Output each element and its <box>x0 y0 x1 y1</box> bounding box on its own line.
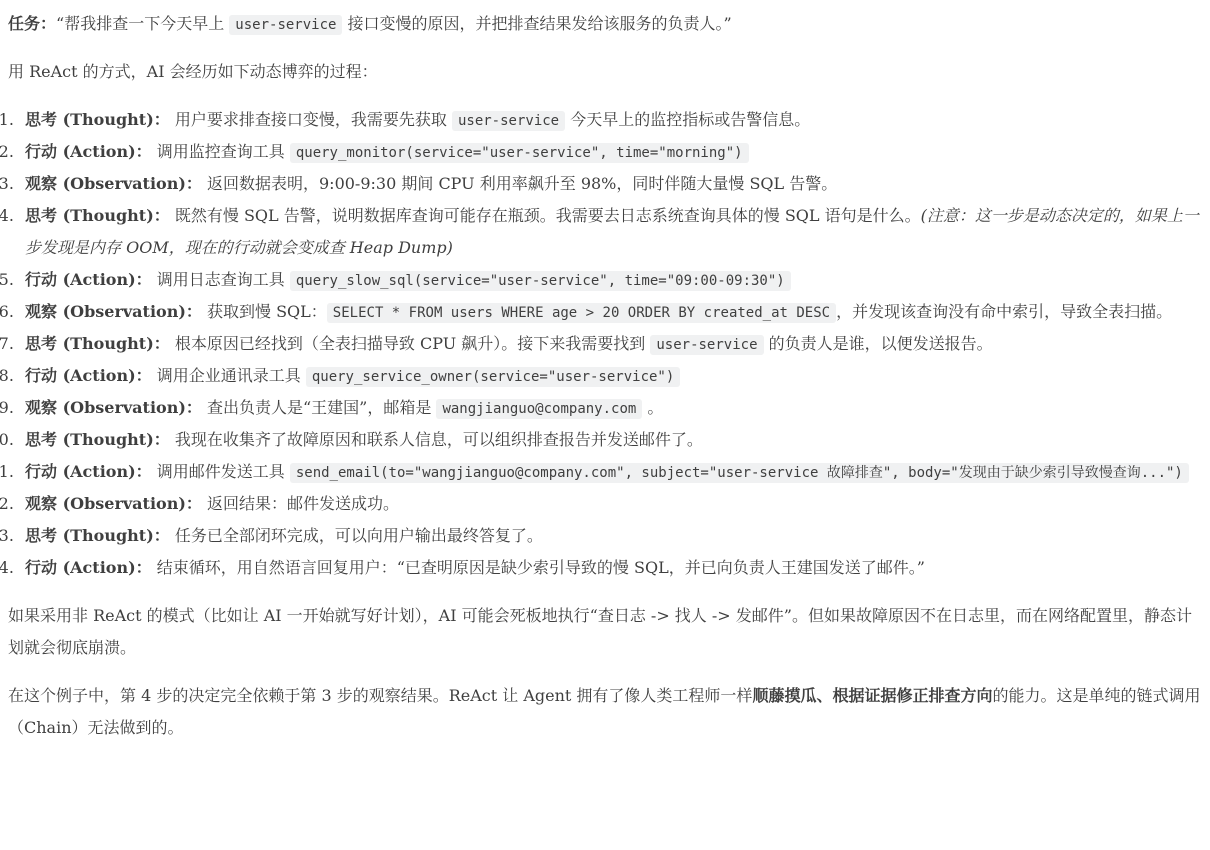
step-label: 行动 (Action)： <box>25 558 152 577</box>
step-item: 观察 (Observation)： 返回数据表明，9:00-9:30 期间 CP… <box>19 168 1202 200</box>
inline-code: query_monitor(service="user-service", ti… <box>290 143 749 163</box>
article: 任务：“帮我排查一下今天早上 user-service 接口变慢的原因，并把排查… <box>8 8 1202 744</box>
step-item: 行动 (Action)： 调用日志查询工具 query_slow_sql(ser… <box>19 264 1202 296</box>
step-label: 行动 (Action)： <box>25 270 152 289</box>
outro-paragraph-2: 在这个例子中，第 4 步的决定完全依赖于第 3 步的观察结果。ReAct 让 A… <box>8 680 1202 744</box>
step-item: 思考 (Thought)： 用户要求排查接口变慢，我需要先获取 user-ser… <box>19 104 1202 136</box>
text-segment: 任务已全部闭环完成，可以向用户输出最终答复了。 <box>175 526 543 545</box>
bold-text: 顺藤摸瓜、根据证据修正排查方向 <box>752 686 992 705</box>
step-item: 思考 (Thought)： 任务已全部闭环完成，可以向用户输出最终答复了。 <box>19 520 1202 552</box>
inline-code: query_slow_sql(service="user-service", t… <box>290 271 791 291</box>
step-label: 行动 (Action)： <box>25 142 152 161</box>
step-item: 行动 (Action)： 调用企业通讯录工具 query_service_own… <box>19 360 1202 392</box>
step-item: 行动 (Action)： 调用监控查询工具 query_monitor(serv… <box>19 136 1202 168</box>
text-segment: 获取到慢 SQL： <box>207 302 327 321</box>
text-segment: ，并发现该查询没有命中索引，导致全表扫描。 <box>836 302 1172 321</box>
react-steps-list: 思考 (Thought)： 用户要求排查接口变慢，我需要先获取 user-ser… <box>8 104 1202 584</box>
step-label: 思考 (Thought)： <box>25 206 170 225</box>
text-segment: 调用企业通讯录工具 <box>157 366 306 385</box>
step-item: 行动 (Action)： 结束循环，用自然语言回复用户：“已查明原因是缺少索引导… <box>19 552 1202 584</box>
step-label: 观察 (Observation)： <box>25 398 202 417</box>
inline-code: query_service_owner(service="user-servic… <box>306 367 680 387</box>
text-segment: 用户要求排查接口变慢，我需要先获取 <box>175 110 452 129</box>
text-segment: 调用监控查询工具 <box>157 142 290 161</box>
text-segment: 。 <box>642 398 663 417</box>
step-item: 行动 (Action)： 调用邮件发送工具 send_email(to="wan… <box>19 456 1202 488</box>
text-segment: 如果采用非 ReAct 的模式（比如让 AI 一开始就写好计划），AI 可能会死… <box>8 606 1192 657</box>
step-label: 思考 (Thought)： <box>25 430 170 449</box>
text-segment: 今天早上的监控指标或告警信息。 <box>565 110 810 129</box>
inline-code: user-service <box>452 111 565 131</box>
text-segment: 的负责人是谁，以便发送报告。 <box>764 334 993 353</box>
inline-code: user-service <box>650 335 763 355</box>
outro-paragraph-1: 如果采用非 ReAct 的模式（比如让 AI 一开始就写好计划），AI 可能会死… <box>8 600 1202 664</box>
text-segment: 返回数据表明，9:00-9:30 期间 CPU 利用率飙升至 98%，同时伴随大… <box>207 174 837 193</box>
lead-paragraph: 用 ReAct 的方式，AI 会经历如下动态博弈的过程： <box>8 56 1202 88</box>
step-item: 观察 (Observation)： 获取到慢 SQL：SELECT * FROM… <box>19 296 1202 328</box>
step-item: 思考 (Thought)： 根本原因已经找到（全表扫描导致 CPU 飙升）。接下… <box>19 328 1202 360</box>
text-segment: 接口变慢的原因，并把排查结果发给该服务的负责人。” <box>342 14 731 33</box>
inline-code: send_email(to="wangjianguo@company.com",… <box>290 463 1189 483</box>
text-segment: 调用邮件发送工具 <box>157 462 290 481</box>
text-segment: 我现在收集齐了故障原因和联系人信息，可以组织排查报告并发送邮件了。 <box>175 430 703 449</box>
inline-code: user-service <box>229 15 342 35</box>
text-segment: 调用日志查询工具 <box>157 270 290 289</box>
step-label: 思考 (Thought)： <box>25 526 170 545</box>
text-segment: 根本原因已经找到（全表扫描导致 CPU 飙升）。接下来我需要找到 <box>175 334 650 353</box>
text-segment: 既然有慢 SQL 告警，说明数据库查询可能存在瓶颈。我需要去日志系统查询具体的慢… <box>175 206 921 225</box>
step-label: 行动 (Action)： <box>25 462 152 481</box>
step-label: 行动 (Action)： <box>25 366 152 385</box>
step-item: 思考 (Thought)： 我现在收集齐了故障原因和联系人信息，可以组织排查报告… <box>19 424 1202 456</box>
step-item: 观察 (Observation)： 查出负责人是“王建国”，邮箱是 wangji… <box>19 392 1202 424</box>
text-segment: 结束循环，用自然语言回复用户：“已查明原因是缺少索引导致的慢 SQL，并已向负责… <box>157 558 925 577</box>
text-segment: 在这个例子中，第 4 步的决定完全依赖于第 3 步的观察结果。ReAct 让 A… <box>8 686 752 705</box>
inline-code: SELECT * FROM users WHERE age > 20 ORDER… <box>327 303 836 323</box>
step-item: 思考 (Thought)： 既然有慢 SQL 告警，说明数据库查询可能存在瓶颈。… <box>19 200 1202 264</box>
bold-text: 任务： <box>8 14 56 33</box>
step-label: 观察 (Observation)： <box>25 494 202 513</box>
step-label: 思考 (Thought)： <box>25 110 170 129</box>
step-item: 观察 (Observation)： 返回结果：邮件发送成功。 <box>19 488 1202 520</box>
text-segment: 查出负责人是“王建国”，邮箱是 <box>207 398 436 417</box>
step-label: 观察 (Observation)： <box>25 302 202 321</box>
inline-code: wangjianguo@company.com <box>436 399 642 419</box>
task-paragraph: 任务：“帮我排查一下今天早上 user-service 接口变慢的原因，并把排查… <box>8 8 1202 40</box>
step-label: 思考 (Thought)： <box>25 334 170 353</box>
text-segment: “帮我排查一下今天早上 <box>56 14 229 33</box>
step-label: 观察 (Observation)： <box>25 174 202 193</box>
text-segment: 返回结果：邮件发送成功。 <box>207 494 399 513</box>
